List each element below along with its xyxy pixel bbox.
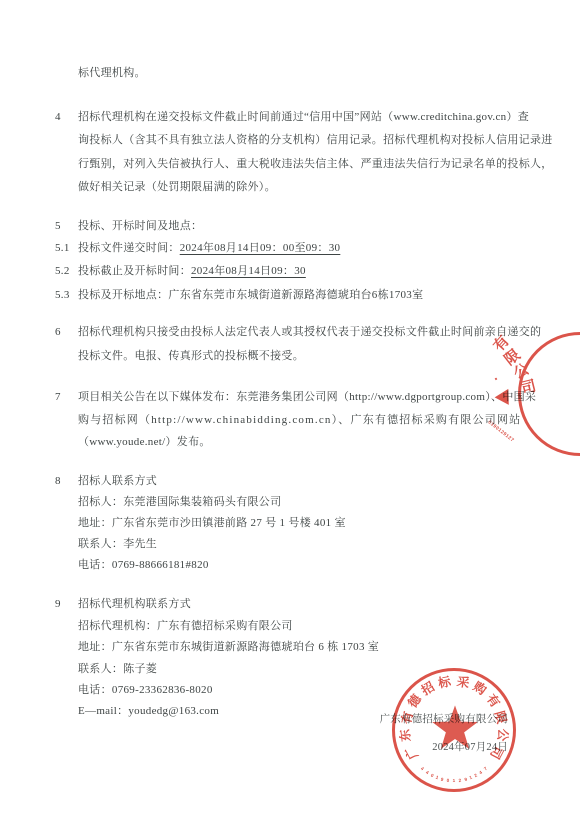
seal-ring-char: 1 xyxy=(435,775,439,780)
seal-partial-dot: · xyxy=(491,372,502,385)
item-9-email: E—mail：youdedg@163.com xyxy=(78,705,219,717)
item-5-1-label: 投标文件递交时间： xyxy=(78,242,180,254)
item-5-number: 5 xyxy=(55,220,78,232)
seal-ring-char: 标 xyxy=(438,676,453,691)
item-7-line-1: 7项目相关公告在以下媒体发布：东莞港务集团公司网（http://www.dgpo… xyxy=(55,388,536,404)
item-4-text-4: 做好相关记录（处罚期限届满的除外）。 xyxy=(78,181,276,193)
item-8-title: 招标人联系方式 xyxy=(78,475,157,487)
item-7-text-3: （www.youde.net/）发布。 xyxy=(78,436,211,448)
seal-main-ring-border xyxy=(392,668,516,792)
item-8-contact: 联系人：李先生 xyxy=(78,538,157,550)
item-4-line-2: 询投标人（含其不具有独立法人资格的分支机构）信用记录。招标代理机构对投标人信用记… xyxy=(78,131,553,147)
item-8-bidder-line: 招标人：东莞港国际集装箱码头有限公司 xyxy=(78,493,281,509)
item-8-bidder: 招标人：东莞港国际集装箱码头有限公司 xyxy=(78,496,281,508)
seal-ring-char: 购 xyxy=(470,681,488,698)
seal-ring-char: 广 xyxy=(404,743,421,760)
item-8-address: 地址：广东省东莞市沙田镇港前路 27 号 1 号楼 401 室 xyxy=(78,517,346,529)
item-9-address: 地址：广东省东莞市东城街道新源路海德琥珀台 6 栋 1703 室 xyxy=(78,641,379,653)
item-5-2-value: 2024年08月14日09：30 xyxy=(191,265,306,277)
item-4-number: 4 xyxy=(55,111,78,123)
item-5-2-label: 投标截止及开标时间： xyxy=(78,265,191,277)
item-5-heading: 5投标、开标时间及地点： xyxy=(55,217,202,233)
item-4-text-2: 询投标人（含其不具有独立法人资格的分支机构）信用记录。招标代理机构对投标人信用记… xyxy=(78,134,553,146)
seal-ring-char: 招 xyxy=(420,681,438,698)
item-6-number: 6 xyxy=(55,326,78,338)
item-7-text-1: 项目相关公告在以下媒体发布：东莞港务集团公司网（http://www.dgpor… xyxy=(78,391,536,403)
seal-ring-char: 4 xyxy=(424,770,429,775)
seal-ring-char: 德 xyxy=(407,693,425,711)
item-6-text-2: 投标文件。电报、传真形式的投标概不接受。 xyxy=(78,350,304,362)
seal-ring-char: 1 xyxy=(453,779,456,784)
item-4-line-3: 行甄别，对列入失信被执行人、重大税收违法失信主体、严重违法失信行为记录名单的投标… xyxy=(78,155,553,171)
seal-ring-char: 2 xyxy=(474,773,478,778)
item-9-contact: 联系人：陈子菱 xyxy=(78,663,157,675)
item-6-text-1: 招标代理机构只接受由投标人法定代表人或其授权代表于递交投标文件截止时间前亲自递交… xyxy=(78,326,541,338)
seal-ring-char: 有 xyxy=(483,693,501,711)
item-9-heading: 9招标代理机构联系方式 xyxy=(55,595,191,611)
item-5-1-number: 5.1 xyxy=(55,242,78,254)
item-4-line-4: 做好相关记录（处罚期限届满的除外）。 xyxy=(78,178,276,194)
item-5-3-value: 广东省东莞市东城街道新源路海德琥珀台6栋1703室 xyxy=(168,289,423,301)
item-9-agency: 招标代理机构：广东有德招标采购有限公司 xyxy=(78,620,293,632)
seal-ring-char: 4 xyxy=(419,767,424,772)
item-5-3-line: 5.3投标及开标地点：广东省东莞市东城街道新源路海德琥珀台6栋1703室 xyxy=(55,286,423,302)
item-9-phone: 电话：0769-23362836-8020 xyxy=(78,684,213,696)
seal-partial-char-2: 限 xyxy=(502,347,523,368)
continuation-text: 标代理机构。 xyxy=(78,67,146,79)
signature-date: 2024年07月24日 xyxy=(432,739,508,754)
seal-ring-char: 7 xyxy=(484,767,489,772)
seal-ring-char: 9 xyxy=(464,777,468,782)
item-8-phone-line: 电话：0769-88666181#820 xyxy=(78,556,209,572)
item-8-contact-line: 联系人：李先生 xyxy=(78,535,157,551)
seal-partial-char-3: 公 xyxy=(511,361,532,381)
item-8-heading: 8招标人联系方式 xyxy=(55,472,157,488)
seal-ring-char: 采 xyxy=(455,676,470,691)
item-4-line-1: 4招标代理机构在递交投标文件截止时间前通过“信用中国”网站（www.credit… xyxy=(55,108,529,124)
item-7-line-3: （www.youde.net/）发布。 xyxy=(78,433,211,449)
seal-ring-char: 4 xyxy=(479,770,484,775)
item-8-address-line: 地址：广东省东莞市沙田镇港前路 27 号 1 号楼 401 室 xyxy=(78,514,346,530)
item-9-agency-line: 招标代理机构：广东有德招标采购有限公司 xyxy=(78,617,293,633)
item-8-number: 8 xyxy=(55,475,78,487)
item-5-2-line: 5.2投标截止及开标时间：2024年08月14日09：30 xyxy=(55,262,306,278)
item-5-3-number: 5.3 xyxy=(55,289,78,301)
item-5-1-value: 2024年08月14日09：00至09：30 xyxy=(180,242,341,254)
item-7-number: 7 xyxy=(55,391,78,403)
item-6-line-1: 6招标代理机构只接受由投标人法定代表人或其授权代表于递交投标文件截止时间前亲自递… xyxy=(55,323,541,339)
item-9-phone-line: 电话：0769-23362836-8020 xyxy=(78,681,213,697)
item-9-number: 9 xyxy=(55,598,78,610)
seal-ring-char: 0 xyxy=(447,778,450,783)
item-8-phone: 电话：0769-88666181#820 xyxy=(78,559,209,571)
item-7-text-2: 购与招标网（http://www.chinabidding.com.cn）、广东… xyxy=(78,414,521,426)
item-9-contact-line: 联系人：陈子菱 xyxy=(78,660,157,676)
document-page: 标代理机构。 4招标代理机构在递交投标文件截止时间前通过“信用中国”网站（www… xyxy=(0,0,580,826)
seal-ring-char: 1 xyxy=(469,775,473,780)
item-4-text-1: 招标代理机构在递交投标文件截止时间前通过“信用中国”网站（www.creditc… xyxy=(78,111,529,123)
item-9-title: 招标代理机构联系方式 xyxy=(78,598,191,610)
seal-ring-char: 9 xyxy=(441,777,445,782)
paragraph-continuation: 标代理机构。 xyxy=(78,64,146,80)
item-5-3-label: 投标及开标地点： xyxy=(78,289,168,301)
item-5-title: 投标、开标时间及地点： xyxy=(78,220,202,232)
seal-ring-char: 0 xyxy=(429,773,433,778)
signature-company: 广东有德招标采购有限公司 xyxy=(380,711,508,726)
item-6-line-2: 投标文件。电报、传真形式的投标概不接受。 xyxy=(78,347,304,363)
seal-ring-char: 东 xyxy=(400,728,414,742)
seal-ring-char: 2 xyxy=(458,778,461,783)
item-4-text-3: 行甄别，对列入失信被执行人、重大税收违法失信主体、严重违法失信行为记录名单的投标… xyxy=(78,158,553,170)
item-5-2-number: 5.2 xyxy=(55,265,78,277)
item-5-1-line: 5.1投标文件递交时间：2024年08月14日09：00至09：30 xyxy=(55,239,340,255)
item-9-email-line: E—mail：youdedg@163.com xyxy=(78,702,219,718)
seal-stamp-main: 广东有德招标采购有限公司 4401901291247 xyxy=(385,661,523,799)
item-7-line-2: 购与招标网（http://www.chinabidding.com.cn）、广东… xyxy=(78,411,521,427)
item-9-address-line: 地址：广东省东莞市东城街道新源路海德琥珀台 6 栋 1703 室 xyxy=(78,638,379,654)
